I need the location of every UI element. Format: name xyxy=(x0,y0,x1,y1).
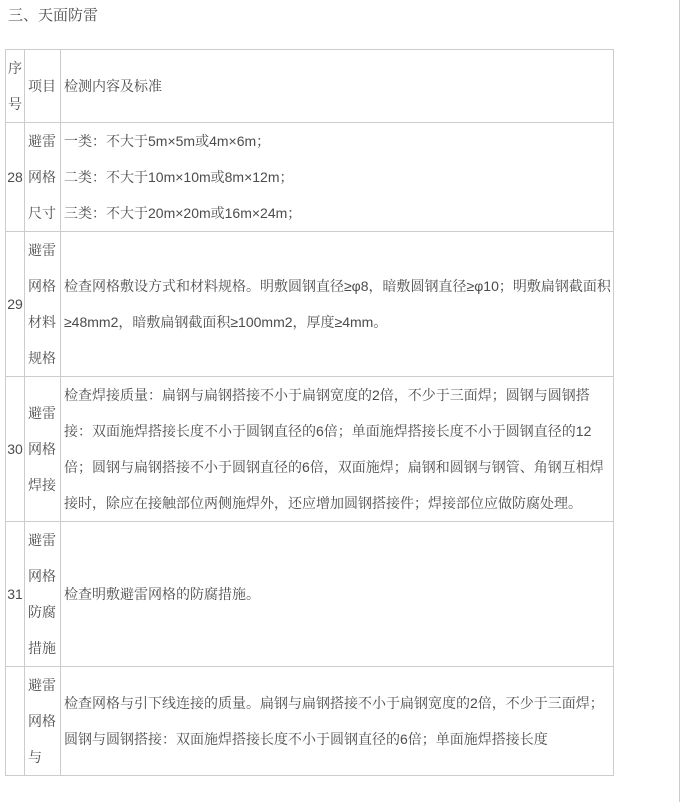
row-content-cell: 检查明敷避雷网格的防腐措施。 xyxy=(61,522,614,667)
table-row: 避雷 网格 与 检查网格与引下线连接的质量。扁钢与扁钢搭接不小于扁钢宽度的2倍，… xyxy=(6,667,614,776)
row-content-cell: 检查网格与引下线连接的质量。扁钢与扁钢搭接不小于扁钢宽度的2倍，不少于三面焊；圆… xyxy=(61,667,614,776)
header-content-cell: 检测内容及标准 xyxy=(61,50,614,123)
row-no-cell: 29 xyxy=(6,232,25,377)
row-item-cell: 避雷 网格 尺寸 xyxy=(25,123,61,232)
row-item-cell: 避雷 网格 防腐 措施 xyxy=(25,522,61,667)
row-no-cell: 30 xyxy=(6,377,25,522)
section-title: 三、天面防雷 xyxy=(8,6,98,26)
row-no-cell: 28 xyxy=(6,123,25,232)
page: { "title": "三、天面防雷", "colors": { "text":… xyxy=(0,0,683,802)
row-content-cell: 检查网格敷设方式和材料规格。明敷圆钢直径≥φ8，暗敷圆钢直径≥φ10；明敷扁钢截… xyxy=(61,232,614,377)
table-row: 29 避雷 网格 材料 规格 检查网格敷设方式和材料规格。明敷圆钢直径≥φ8，暗… xyxy=(6,232,614,377)
page-right-border xyxy=(679,0,680,802)
header-item-cell: 项目 xyxy=(25,50,61,123)
table-row: 28 避雷 网格 尺寸 一类：不大于5m×5m或4m×6m； 二类：不大于10m… xyxy=(6,123,614,232)
row-content-cell: 检查焊接质量：扁钢与扁钢搭接不小于扁钢宽度的2倍，不少于三面焊；圆钢与圆钢搭接：… xyxy=(61,377,614,522)
row-no-cell xyxy=(6,667,25,776)
row-item-cell: 避雷 网格 焊接 xyxy=(25,377,61,522)
row-no-cell: 31 xyxy=(6,522,25,667)
header-no-cell: 序 号 xyxy=(6,50,25,123)
header-row: 序 号 项目 检测内容及标准 xyxy=(6,50,614,123)
table-row: 31 避雷 网格 防腐 措施 检查明敷避雷网格的防腐措施。 xyxy=(6,522,614,667)
row-item-cell: 避雷 网格 材料 规格 xyxy=(25,232,61,377)
row-item-cell: 避雷 网格 与 xyxy=(25,667,61,776)
row-content-cell: 一类：不大于5m×5m或4m×6m； 二类：不大于10m×10m或8m×12m；… xyxy=(61,123,614,232)
inspection-table: 序 号 项目 检测内容及标准 28 避雷 网格 尺寸 一类：不大于5m×5m或4… xyxy=(5,49,614,776)
inspection-table-container: 序 号 项目 检测内容及标准 28 避雷 网格 尺寸 一类：不大于5m×5m或4… xyxy=(5,49,614,776)
table-row: 30 避雷 网格 焊接 检查焊接质量：扁钢与扁钢搭接不小于扁钢宽度的2倍，不少于… xyxy=(6,377,614,522)
